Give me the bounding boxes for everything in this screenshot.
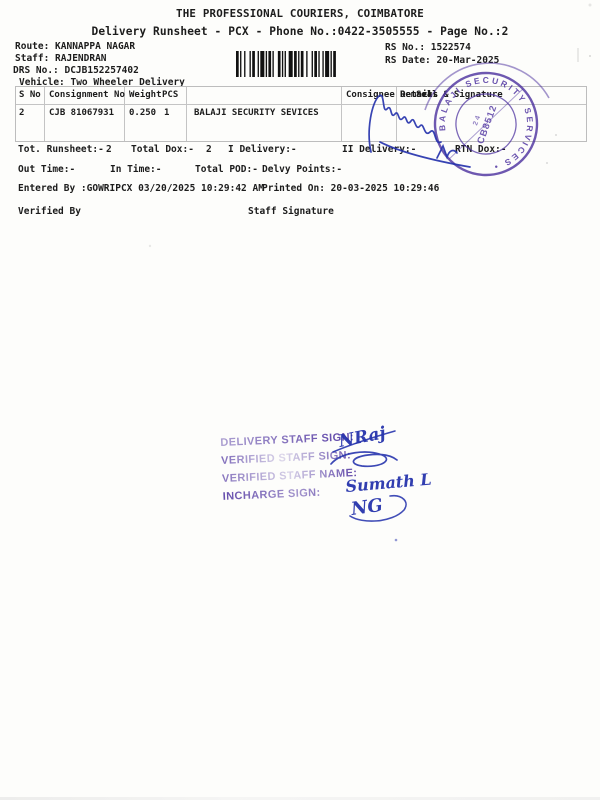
runsheet-barcode — [236, 51, 376, 78]
delvy-points-label: Delvy Points:- — [262, 164, 342, 175]
col-header-pcs: PCS — [162, 90, 178, 100]
ink-dot — [395, 539, 398, 542]
out-time-label: Out Time:- — [18, 164, 75, 175]
company-title: THE PROFESSIONAL COURIERS, COIMBATORE — [0, 7, 600, 20]
consignment-table: S No Consignment No Weight PCS Consignee… — [15, 86, 587, 142]
entered-by-line: Entered By :GOWRIPCX 03/20/2025 10:29:42… — [18, 183, 264, 194]
total-dox-value: 2 — [206, 144, 212, 155]
scan-mark — [149, 245, 151, 247]
row-pcs: 1 — [164, 108, 169, 118]
drs-no-line: DRS No.: DCJB152257402 — [13, 65, 139, 76]
row-weight: 0.250 — [129, 108, 156, 118]
rs-date-line: RS Date: 20-Mar-2025 — [385, 55, 499, 66]
verified-by-label: Verified By — [18, 206, 81, 217]
route-line: Route: KANNAPPA NAGAR — [15, 41, 135, 52]
ii-delivery-label: II Delivery:- — [342, 144, 416, 155]
row-sno: 2 — [19, 108, 24, 118]
printed-on-line: Printed On: 20-03-2025 10:29:46 — [262, 183, 439, 194]
rtn-dox-label: RTN Dox:- — [455, 144, 506, 155]
tot-runsheet-value: 2 — [106, 144, 112, 155]
row-consignment: CJB 81067931 — [49, 108, 114, 118]
table-header-divider — [16, 104, 586, 105]
table-col-divider — [44, 87, 45, 141]
row-consignee: BALAJI SECURITY SEVICES — [194, 108, 319, 118]
i-delivery-label: I Delivery:- — [228, 144, 297, 155]
col-header-weight: Weight — [129, 90, 162, 100]
scan-mark — [589, 55, 591, 57]
col-header-sno: S No — [19, 90, 41, 100]
table-col-divider — [341, 87, 342, 141]
staff-signature-label: Staff Signature — [248, 206, 334, 217]
table-col-divider — [186, 87, 187, 141]
col-header-consignment: Consignment No — [49, 90, 125, 100]
rs-no-line: RS No.: 1522574 — [385, 42, 471, 53]
total-pod-label: Total POD:- — [195, 164, 258, 175]
scan-mark — [546, 162, 548, 164]
runsheet-subtitle: Delivery Runsheet - PCX - Phone No.:0422… — [0, 25, 600, 38]
staff-line: Staff: RAJENDRAN — [15, 53, 107, 64]
in-time-label: In Time:- — [110, 164, 161, 175]
delivery-runsheet-document: THE PROFESSIONAL COURIERS, COIMBATORE De… — [0, 0, 600, 800]
tot-runsheet-label: Tot. Runsheet:- — [18, 144, 104, 155]
total-dox-label: Total Dox:- — [131, 144, 194, 155]
verification-stamp-block: DELIVERY STAFF SIGN: VERIFIED STAFF SIGN… — [220, 428, 359, 506]
col-header-seal: Seal & Signature — [416, 90, 503, 100]
